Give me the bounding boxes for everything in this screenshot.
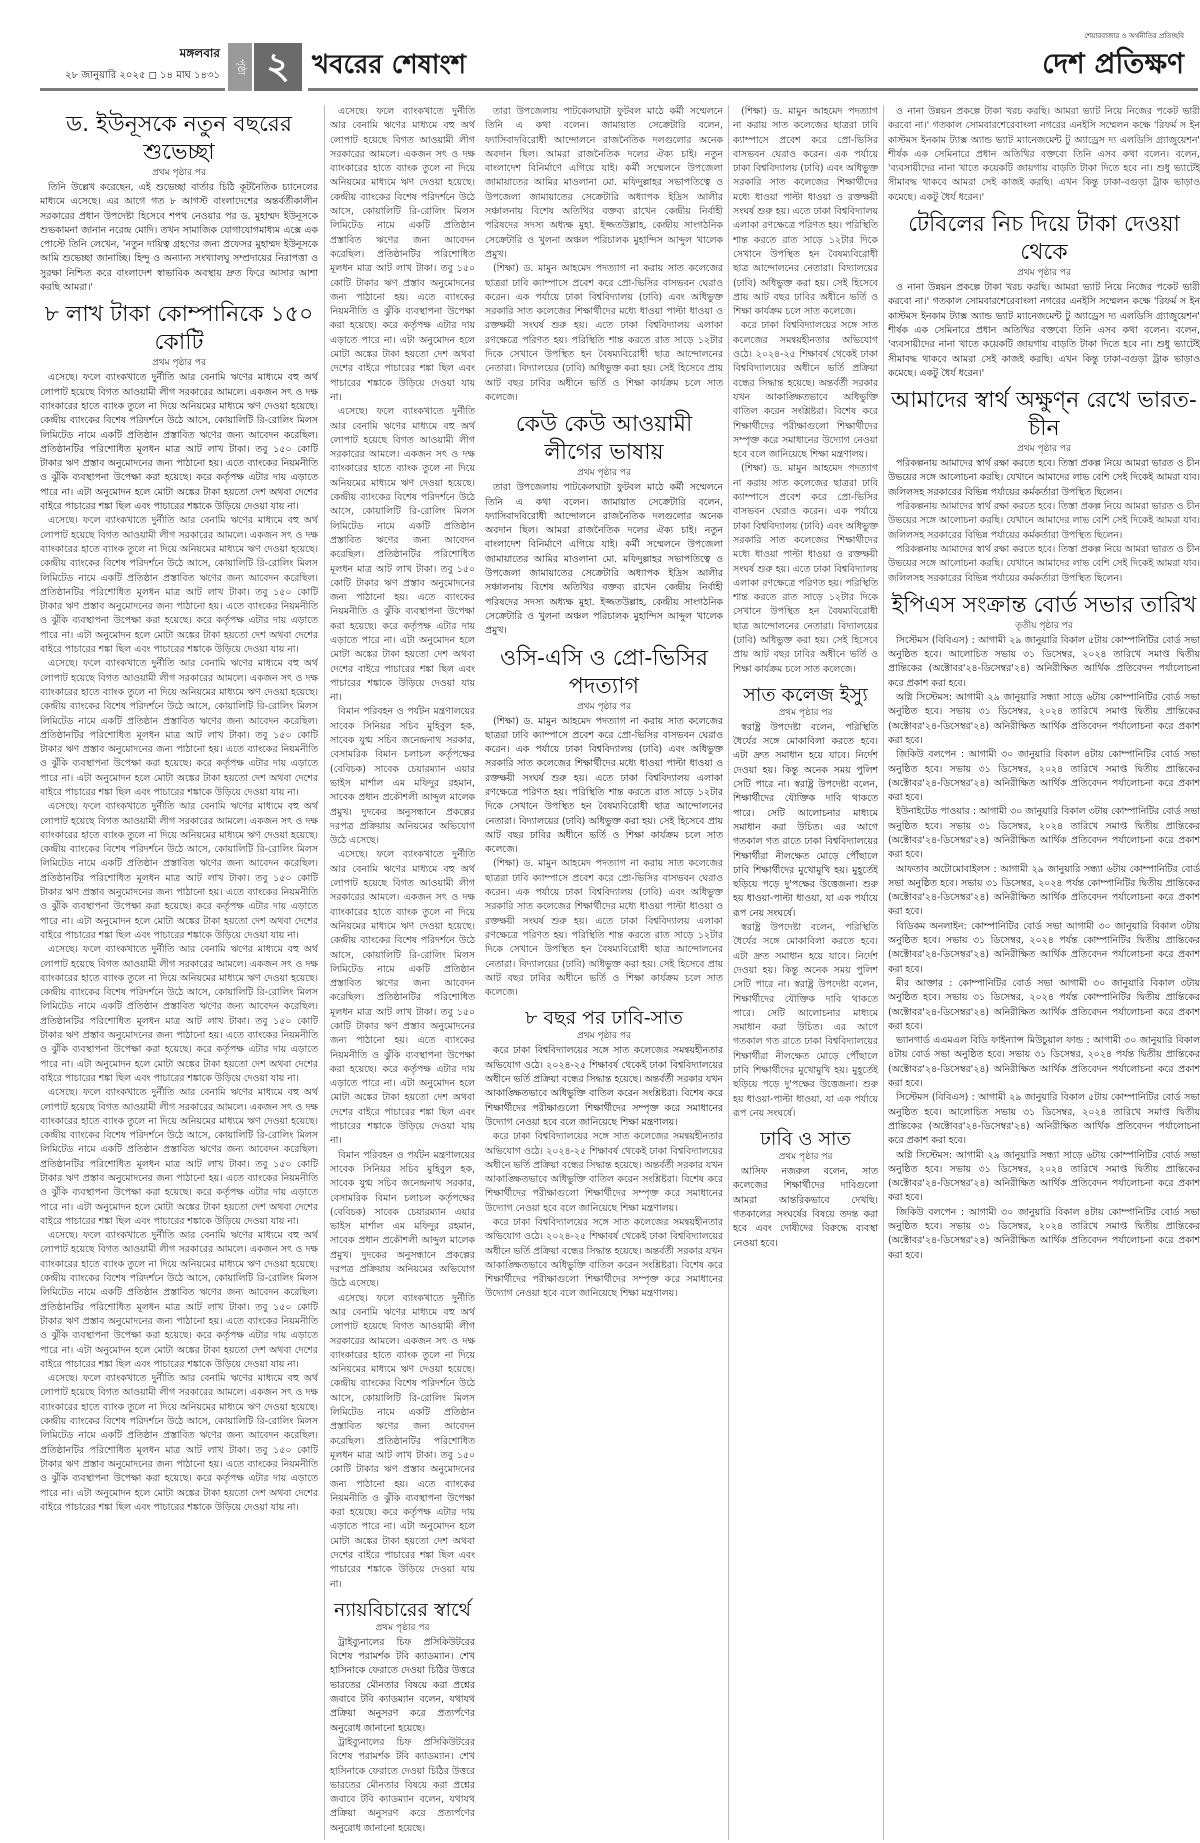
issue-date-block: মঙ্গলবার ২৮ জানুয়ারি ২০২৫ ◻ ১৪ মাঘ ১৪৩১ <box>40 45 220 85</box>
brand-logo: দেশ প্রতিক্ষণ <box>1042 42 1184 89</box>
story-body-continued: (শিক্ষা) ড. মামুন আহমেদ পদত্যাগ না করায়… <box>733 105 878 319</box>
column-right: ও নানা উন্নয়ন প্রকল্পে টাকা খরচ করছি। আ… <box>888 105 1200 1840</box>
column-center: তারা উপজেলায় পাটকেলঘাটা ফুটবল মাঠে কর্ম… <box>485 105 723 1840</box>
story-body-continued: (শিক্ষা) ড. মামুন আহমেদ পদত্যাগ না করায়… <box>485 857 723 1000</box>
story-body-continued: স্বরাষ্ট্র উপদেষ্টা বলেন, পরিস্থিতি ধৈর্… <box>733 921 878 1121</box>
story-headline: ঢাবি ও সাত <box>733 1127 878 1151</box>
story-justice-interest: ন্যায়বিচারের স্বার্থে প্রথম পৃষ্ঠার পর … <box>330 1598 475 1836</box>
board-meeting-entry: বিডিকম অনলাইন: কোম্পানিটির বোর্ড সভা আগা… <box>888 920 1200 977</box>
story-headline: আমাদের স্বার্থ অক্ষুণ্ন রেখে ভারত-চীন <box>888 387 1200 443</box>
story-body: তারা উপজেলায় পাটকেলঘাটা ফুটবল মাঠে কর্ম… <box>485 481 723 638</box>
story-body: পরিকল্পনায় আমাদের স্বার্থ রক্ষা করতে হব… <box>888 457 1200 500</box>
story-body: ও নানা উন্নয়ন প্রকল্পে টাকা খরচ করছি। আ… <box>888 281 1200 381</box>
story-jump-line: প্রথম পৃষ্ঠার পর <box>888 267 1200 279</box>
story-body-continued: করে ঢাকা বিশ্ববিদ্যালয়ের সঙ্গে সাত কলেজ… <box>733 319 878 462</box>
story-under-table-money: টেবিলের নিচ দিয়ে টাকা দেওয়া থেকে প্রথম… <box>888 211 1200 381</box>
story-body-continued: এসেছে। ফলে ব্যাংকখাতে দুর্নীতি আর বেনামি… <box>330 848 475 1148</box>
story-body-continued: পরিকল্পনায় আমাদের স্বার্থ রক্ষা করতে হব… <box>888 500 1200 543</box>
story-body-continued: এসেছে। ফলে ব্যাংকখাতে দুর্নীতি আর বেনামি… <box>40 800 318 943</box>
story-jump-line: প্রথম পৃষ্ঠার পর <box>40 357 318 369</box>
story-jump-line: প্রথম পৃষ্ঠার পর <box>485 701 723 713</box>
story-headline: ওসি-এসি ও প্রো-ভিসির পদত্যাগ <box>485 645 723 701</box>
story-body-continued: এসেছে। ফলে ব্যাংকখাতে দুর্নীতি আর বেনামি… <box>330 1292 475 1592</box>
column-divider <box>324 105 325 1840</box>
brand: শেয়ারবাজার ও অর্থনীতির প্রতিচ্ছবি দেশ প… <box>1042 30 1184 89</box>
story-body-continued: (শিক্ষা) ড. মামুন আহমেদ পদত্যাগ না করায়… <box>733 462 878 676</box>
story-oc-ac-resign: ওসি-এসি ও প্রো-ভিসির পদত্যাগ প্রথম পৃষ্ঠ… <box>485 645 723 1001</box>
section-title: খবরের শেষাংশ <box>312 44 466 88</box>
issue-day: মঙ্গলবার <box>40 45 220 65</box>
brand-tagline: শেয়ারবাজার ও অর্থনীতির প্রতিচ্ছবি <box>1042 30 1184 42</box>
story-body: স্বরাষ্ট্র উপদেষ্টা বলেন, পরিস্থিতি ধৈর্… <box>733 721 878 921</box>
story-body-continued: এসেছে। ফলে ব্যাংকখাতে দুর্নীতি আর বেনামি… <box>40 657 318 800</box>
story-body-continued: ও নানা উন্নয়ন প্রকল্পে টাকা খরচ করছি। আ… <box>888 105 1200 205</box>
story-jump-line: প্রথম পৃষ্ঠার পর <box>888 443 1200 455</box>
board-meeting-entry: আফতাব অটোমোবাইলস : আগামী ২৯ জানুয়ারি সন… <box>888 863 1200 920</box>
story-body-continued: এসেছে। ফলে ব্যাংকখাতে দুর্নীতি আর বেনামি… <box>40 1372 318 1515</box>
column-left: ড. ইউনূসকে নতুন বছরের শুভেচ্ছা প্রথম পৃষ… <box>40 105 318 1840</box>
board-meeting-entry: ইউনাইটেড পাওয়ার : আগামী ৩০ জানুয়ারি বি… <box>888 805 1200 862</box>
story-body-continued: এসেছে। ফলে ব্যাংকখাতে দুর্নীতি আর বেনামি… <box>330 405 475 705</box>
story-body: (শিক্ষা) ড. মামুন আহমেদ পদত্যাগ না করায়… <box>485 715 723 858</box>
story-india-china: আমাদের স্বার্থ অক্ষুণ্ন রেখে ভারত-চীন প্… <box>888 387 1200 586</box>
story-seven-college-issue: সাত কলেজ ইস্যু প্রথম পৃষ্ঠার পর স্বরাষ্ট… <box>733 683 878 1121</box>
story-body-continued: এসেছে। ফলে ব্যাংকখাতে দুর্নীতি আর বেনামি… <box>40 1086 318 1229</box>
story-headline: ন্যায়বিচারের স্বার্থে <box>330 1598 475 1622</box>
board-meeting-entry: অগ্নি সিস্টেমস: আগামী ২৯ জানুয়ারি সন্ধ্… <box>888 1149 1200 1206</box>
story-body: এসেছে। ফলে ব্যাংকখাতে দুর্নীতি আর বেনামি… <box>40 371 318 514</box>
story-body-continued: তারা উপজেলায় পাটকেলঘাটা ফুটবল মাঠে কর্ম… <box>485 105 723 262</box>
story-body-continued: এসেছে। ফলে ব্যাংকখাতে দুর্নীতি আর বেনামি… <box>40 943 318 1086</box>
page-label: পৃষ্ঠা <box>228 43 252 91</box>
story-headline: কেউ কেউ আওয়ামী লীগের ভাষায় <box>485 411 723 467</box>
board-meeting-entry: ভ্যানগার্ড এএমএল বিডি ফাইন্যান্স মিউচুয়… <box>888 1034 1200 1091</box>
story-loan-150-crore: ৮ লাখ টাকা কোম্পানিকে ১৫০ কোটি প্রথম পৃষ… <box>40 301 318 1515</box>
story-headline: ড. ইউনূসকে নতুন বছরের শুভেচ্ছা <box>40 111 318 167</box>
story-body-continued: এসেছে। ফলে ব্যাংকখাতে দুর্নীতি আর বেনামি… <box>330 105 475 405</box>
board-meeting-entry: জিকিউ বলপেন : আগামী ৩০ জানুয়ারি বিকাল ৪… <box>888 748 1200 805</box>
story-jump-line: তৃতীয় পৃষ্ঠার পর <box>888 620 1200 632</box>
board-meeting-entry: মীর আক্তার : কোম্পানিটির বোর্ড সভা আগামী… <box>888 977 1200 1034</box>
story-body-continued: (শিক্ষা) ড. মামুন আহমেদ পদত্যাগ না করায়… <box>485 262 723 405</box>
story-jump-line: প্রথম পৃষ্ঠার পর <box>733 1151 878 1163</box>
board-meeting-entry: জিকিউ বলপেন : আগামী ৩০ জানুয়ারি বিকাল ৪… <box>888 1206 1200 1263</box>
column-divider <box>883 105 884 1840</box>
story-body: তিনি উল্লেখ করেছেন, এই শুভেচ্ছা বার্তার … <box>40 181 318 295</box>
story-jump-line: প্রথম পৃষ্ঠার পর <box>733 707 878 719</box>
story-body: করে ঢাকা বিশ্ববিদ্যালয়ের সঙ্গে সাত কলেজ… <box>485 1044 723 1130</box>
story-body-continued: এসেছে। ফলে ব্যাংকখাতে দুর্নীতি আর বেনামি… <box>40 514 318 657</box>
story-headline: ৮ বছর পর ঢাবি-সাত <box>485 1006 723 1030</box>
story-body-continued: এসেছে। ফলে ব্যাংকখাতে দুর্নীতি আর বেনামি… <box>40 1229 318 1372</box>
story-body: ট্রাইব্যুনালের চিফ প্রসিকিউটরের বিশেষ পর… <box>330 1636 475 1736</box>
story-body-continued: বিমান পরিবহন ও পর্যটন মন্ত্রণালয়ের সাবে… <box>330 1149 475 1292</box>
story-jump-line: প্রথম পৃষ্ঠার পর <box>330 1622 475 1634</box>
board-meeting-entry: অগ্নি সিস্টেমস: আগামী ২৯ জানুয়ারি সন্ধ্… <box>888 691 1200 748</box>
story-headline: ইপিএস সংক্রান্ত বোর্ড সভার তারিখ <box>888 592 1200 620</box>
story-body-continued: ট্রাইব্যুনালের চিফ প্রসিকিউটরের বিশেষ পর… <box>330 1736 475 1836</box>
page-number: ২ <box>254 43 302 91</box>
story-headline: সাত কলেজ ইস্যু <box>733 683 878 707</box>
page-columns: ড. ইউনূসকে নতুন বছরের শুভেচ্ছা প্রথম পৃষ… <box>40 105 1200 1840</box>
story-headline: ৮ লাখ টাকা কোম্পানিকে ১৫০ কোটি <box>40 301 318 357</box>
masthead: মঙ্গলবার ২৮ জানুয়ারি ২০২৫ ◻ ১৪ মাঘ ১৪৩১… <box>40 30 1200 100</box>
story-body: আসিফ নজরুল বলেন, সাত কলেজের শিক্ষার্থীদে… <box>733 1165 878 1251</box>
story-eps-board-meeting: ইপিএস সংক্রান্ত বোর্ড সভার তারিখ তৃতীয় … <box>888 592 1200 1263</box>
story-jump-line: প্রথম পৃষ্ঠার পর <box>40 167 318 179</box>
story-headline: টেবিলের নিচ দিয়ে টাকা দেওয়া থেকে <box>888 211 1200 267</box>
story-dhabi-seven-8-years: ৮ বছর পর ঢাবি-সাত প্রথম পৃষ্ঠার পর করে ঢ… <box>485 1006 723 1301</box>
column-divider <box>728 105 729 1840</box>
story-dhabi-and-seven: ঢাবি ও সাত প্রথম পৃষ্ঠার পর আসিফ নজরুল ব… <box>733 1127 878 1251</box>
story-body-continued: করে ঢাকা বিশ্ববিদ্যালয়ের সঙ্গে সাত কলেজ… <box>485 1130 723 1216</box>
column-narrow-2: (শিক্ষা) ড. মামুন আহমেদ পদত্যাগ না করায়… <box>733 105 878 1840</box>
issue-date: ২৮ জানুয়ারি ২০২৫ ◻ ১৪ মাঘ ১৪৩১ <box>40 68 220 85</box>
story-body-continued: বিমান পরিবহন ও পর্যটন মন্ত্রণালয়ের সাবে… <box>330 705 475 848</box>
masthead-rule-left <box>40 88 225 91</box>
story-jump-line: প্রথম পৃষ্ঠার পর <box>485 467 723 479</box>
story-awami-language: কেউ কেউ আওয়ামী লীগের ভাষায় প্রথম পৃষ্ঠ… <box>485 411 723 638</box>
board-meeting-entry: সিস্টেমস (বিবিএস) : আগামী ২৯ জানুয়ারি ব… <box>888 1091 1200 1148</box>
story-body-continued: করে ঢাকা বিশ্ববিদ্যালয়ের সঙ্গে সাত কলেজ… <box>485 1216 723 1302</box>
story-yunus-greetings: ড. ইউনূসকে নতুন বছরের শুভেচ্ছা প্রথম পৃষ… <box>40 111 318 295</box>
column-narrow-1: এসেছে। ফলে ব্যাংকখাতে দুর্নীতি আর বেনামি… <box>330 105 475 1840</box>
story-body-continued: পরিকল্পনায় আমাদের স্বার্থ রক্ষা করতে হব… <box>888 543 1200 586</box>
story-jump-line: প্রথম পৃষ্ঠার পর <box>485 1030 723 1042</box>
board-meeting-entry: সিস্টেমস (বিবিএস) : আগামী ২৯ জানুয়ারি ব… <box>888 634 1200 691</box>
